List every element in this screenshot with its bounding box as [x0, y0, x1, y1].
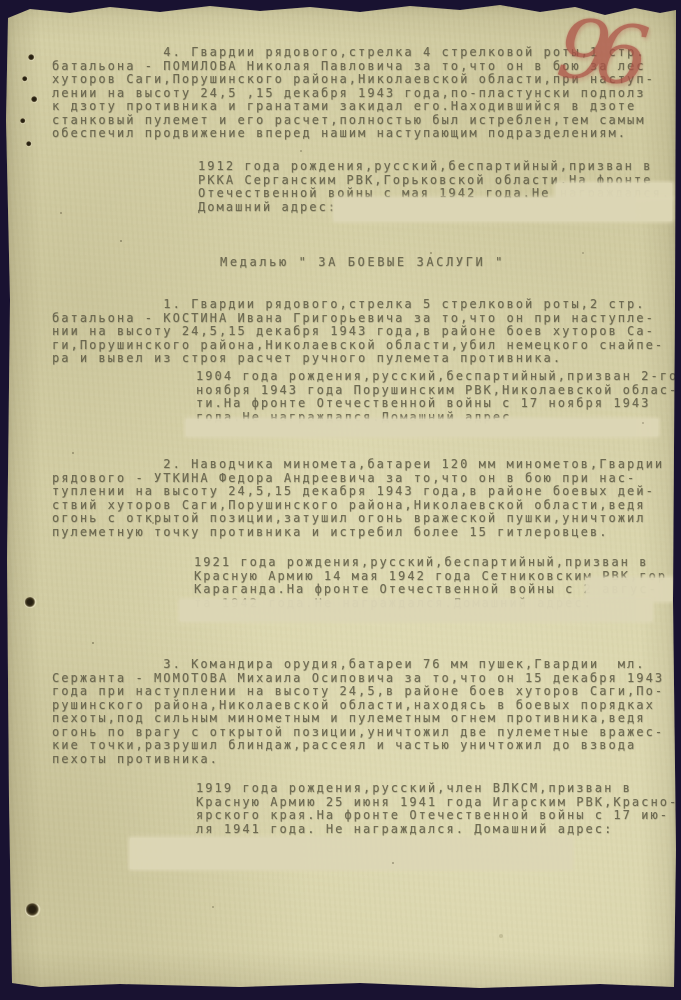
redaction-bar-address-3 [130, 838, 572, 869]
worm-hole [31, 96, 38, 103]
worm-hole [28, 54, 35, 61]
redaction-bar-address-2a [586, 578, 672, 601]
medal-section-heading: Медалью " ЗА БОЕВЫЕ ЗАСЛУГИ " [220, 256, 505, 270]
redaction-bar-address-4b [334, 198, 672, 221]
worm-hole [24, 597, 37, 608]
paper-specks [0, 0, 2, 2]
worm-hole [25, 903, 41, 917]
redaction-bar-address-1 [186, 419, 658, 436]
worm-hole [26, 141, 32, 147]
worm-hole [22, 76, 28, 82]
redaction-bar-address-4a [556, 183, 672, 199]
citation-paragraph-3: 3. Командира орудия,батареи 76 мм пушек,… [52, 658, 664, 766]
soldier-bio-paragraph-3: 1919 года рождения,русский,член ВЛКСМ,пр… [196, 782, 678, 836]
document-page: 4. Гвардии рядового,стрелка 4 стрелковой… [0, 0, 681, 1000]
handwritten-page-number: 96 [553, 8, 639, 99]
citation-paragraph-2: 2. Наводчика миномета,батареи 120 мм мин… [52, 458, 664, 539]
scan-background: { "page": { "number_handwritten": "96", … [0, 0, 681, 1000]
soldier-bio-paragraph-1: 1904 года рождения,русский,беспартийный,… [196, 370, 678, 424]
worm-hole [20, 118, 26, 124]
citation-paragraph-1: 1. Гвардии рядового,стрелка 5 стрелковой… [52, 298, 664, 366]
redaction-bar-address-2b [180, 600, 652, 621]
